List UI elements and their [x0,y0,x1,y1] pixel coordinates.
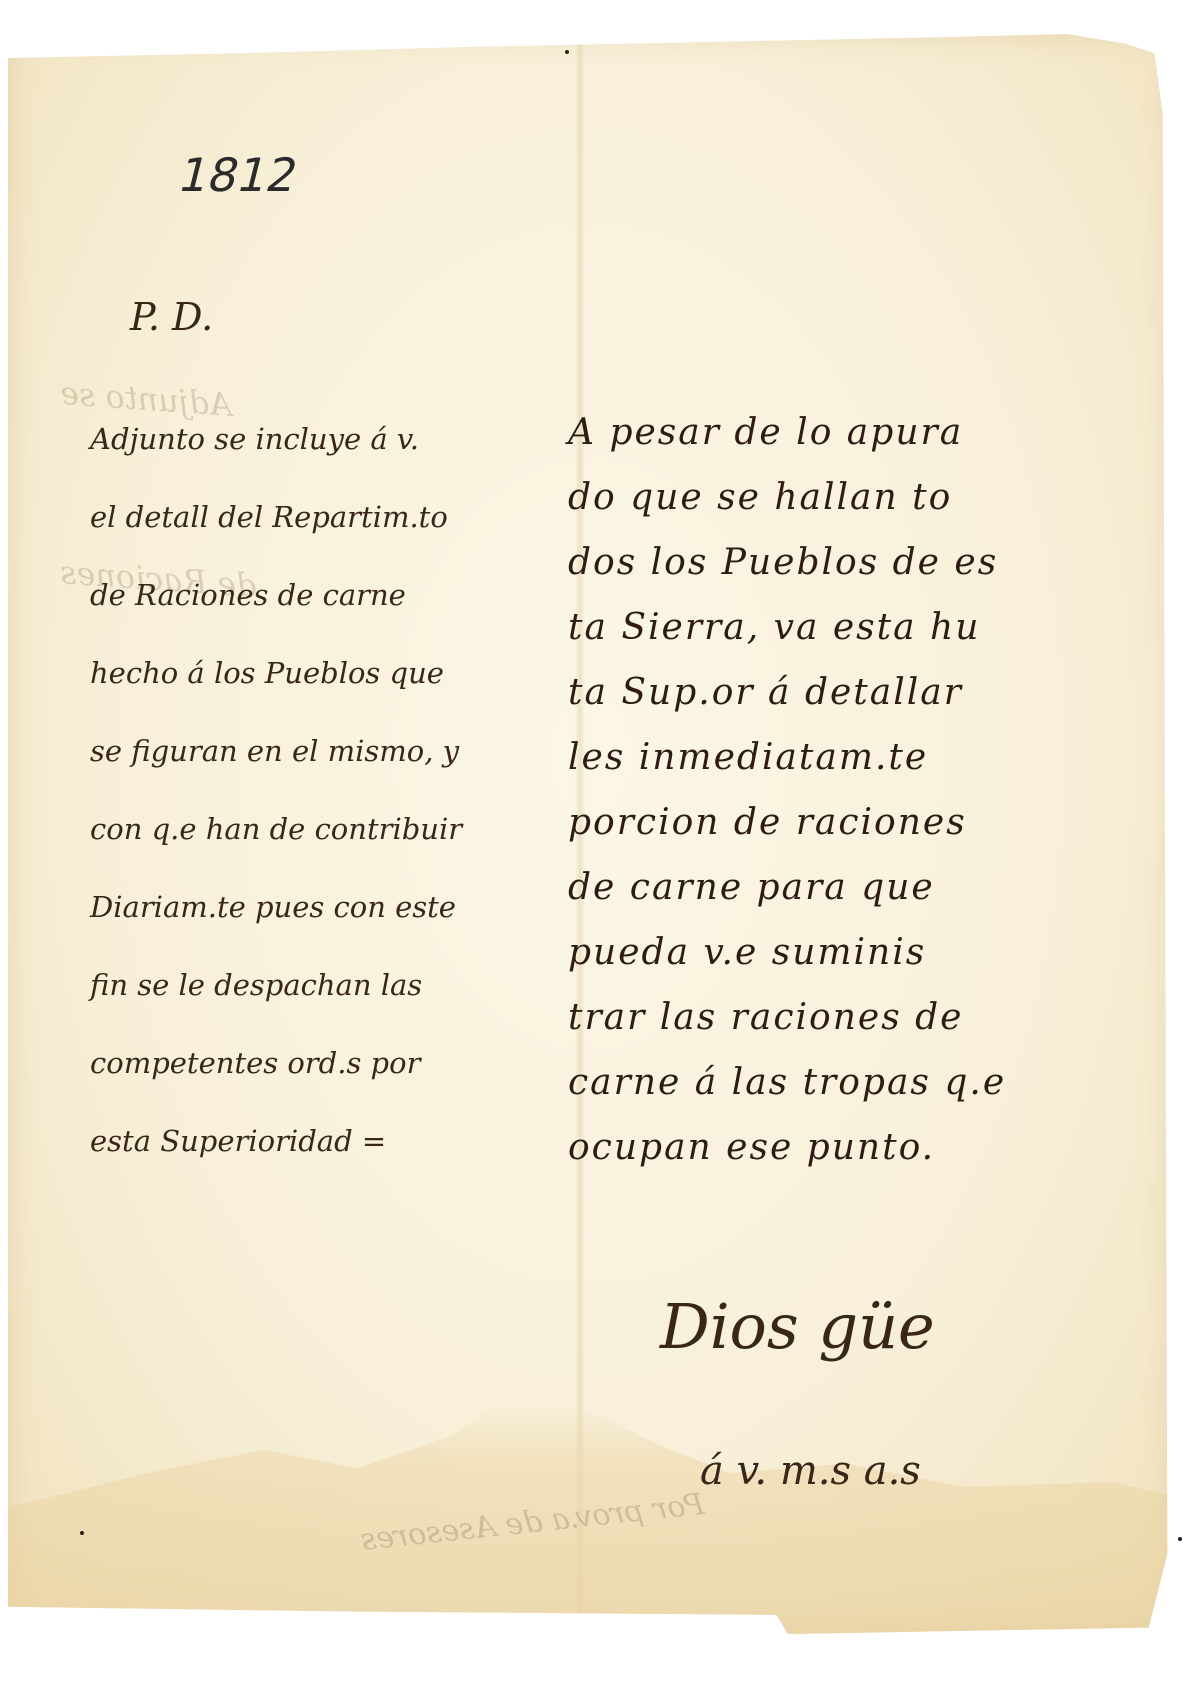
body-line: carne á las tropas q.e [568,1050,1006,1115]
body-line: les inmediatam.te [568,725,1006,790]
left-line: fin se le despachan las [90,946,462,1024]
ink-speck [80,1531,84,1535]
body-line: pueda v.e suminis [568,920,1006,985]
body-line: porcion de raciones [568,790,1006,855]
ink-speck [565,50,569,54]
left-line: el detall del Repartim.to [90,478,462,556]
left-column-note: Adjunto se incluye á v. el detall del Re… [90,400,462,1180]
closing-formula-line2: á v. m.s a.s [700,1448,921,1494]
body-line: de carne para que [568,855,1006,920]
year-annotation: 1812 [173,148,304,202]
left-line: Adjunto se incluye á v. [90,400,462,478]
body-line: do que se hallan to [568,465,1006,530]
ink-speck [1178,1537,1182,1541]
body-line: ocupan ese punto. [568,1115,1006,1180]
left-line: esta Superioridad = [90,1102,462,1180]
right-column-body: A pesar de lo apura do que se hallan to … [568,400,1006,1180]
body-line: dos los Pueblos de es [568,530,1006,595]
left-line: competentes ord.s por [90,1024,462,1102]
body-line: A pesar de lo apura [568,400,1006,465]
body-line: trar las raciones de [568,985,1006,1050]
body-line: ta Sup.or á detallar [568,660,1006,725]
left-line: se figuran en el mismo, y [90,712,462,790]
body-line: ta Sierra, va esta hu [568,595,1006,660]
left-line: de Raciones de carne [90,556,462,634]
left-line: Diariam.te pues con este [90,868,462,946]
left-line: hecho á los Pueblos que [90,634,462,712]
salutation: P. D. [130,295,213,339]
left-line: con q.e han de contribuir [90,790,462,868]
closing-formula: Dios güe [660,1290,935,1363]
